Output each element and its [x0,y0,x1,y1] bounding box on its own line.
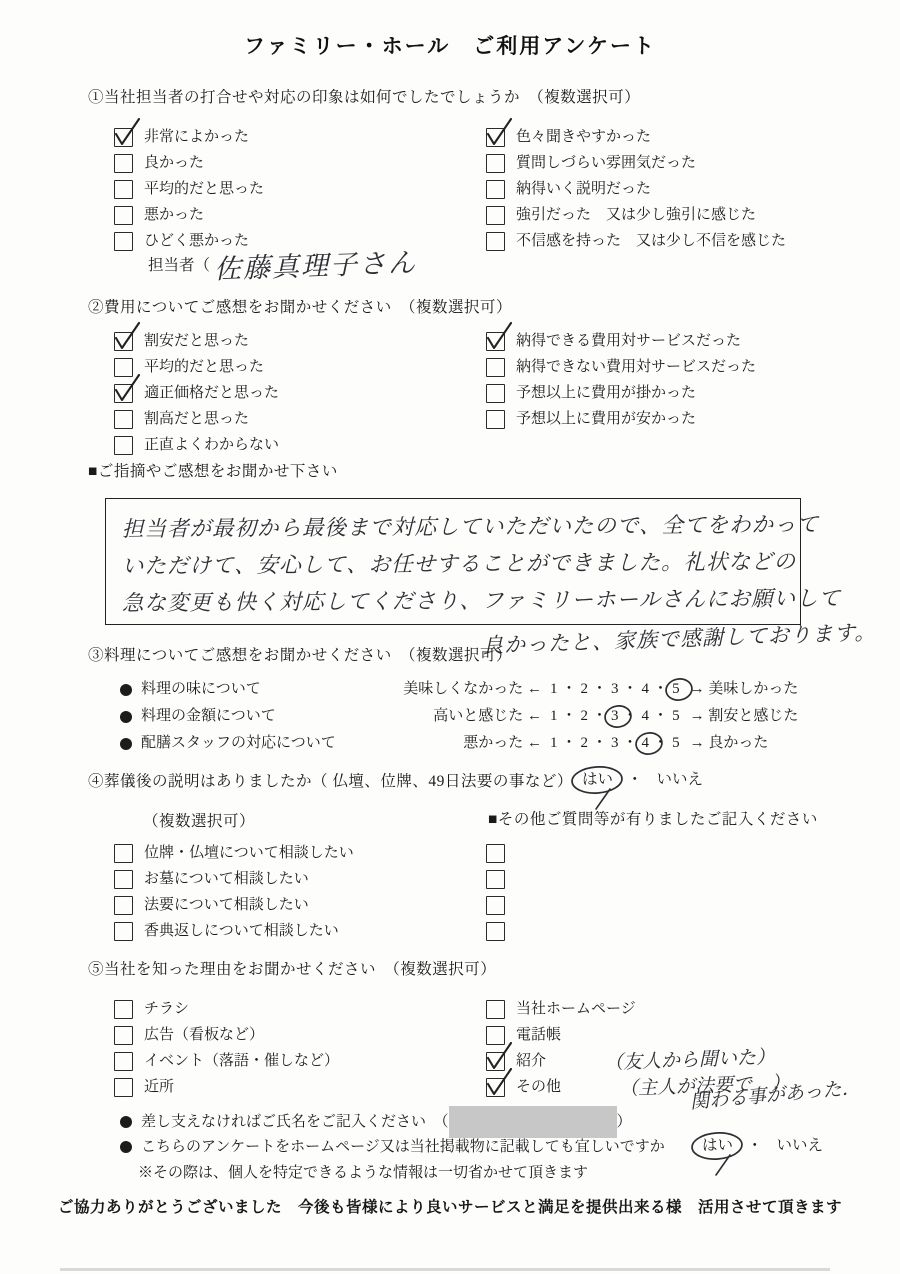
checkbox-option-row: 平均的だと思った [114,176,264,202]
checkbox[interactable] [114,180,133,199]
checkbox[interactable] [114,1052,133,1071]
other-question-checkbox-row [486,918,505,944]
checkbox-option-row: 不信感を持った 又は少し不信を感じた [486,228,786,254]
rating-high-label: → 美味しかった [690,680,799,699]
checkbox-label: 広告（看板など） [144,1026,264,1045]
checkbox[interactable] [114,232,133,251]
checkbox[interactable] [486,180,505,199]
publish-yesno: はい・いいえ [700,1136,825,1156]
publish-line: こちらのアンケートをホームページ又は当社掲載物に記載しても宜しいですか [120,1138,665,1157]
checkbox-label: 適正価格だと思った [144,384,279,403]
checkmark-icon [484,116,514,148]
rating-scale: 1・2・3・4・5 [548,707,682,726]
checkbox-label: 良かった [144,154,204,173]
checkmark-icon [484,1066,514,1098]
bullet-icon [120,711,132,723]
scale-separator: ・ [590,680,609,699]
checkbox[interactable] [114,870,133,889]
name-close-paren: ） [617,1113,632,1132]
rating-high-label: → 良かった [690,734,769,753]
rating-number-1[interactable]: 1 [548,680,560,699]
q1-heading: ①当社担当者の打合せや対応の印象は如何でしたでしょうか （複数選択可） [88,88,640,107]
comment-line: 担当者が最初から最後まで対応していただいたので、全てをわかって [122,507,784,549]
circle-annotation-icon [633,729,665,758]
checkbox[interactable] [486,332,505,351]
bullet-icon [120,684,132,696]
checkbox-label: 不信感を持った 又は少し不信を感じた [516,232,786,251]
scale-separator: ・ [560,707,579,726]
checkbox-option-row: 紹介（友人から聞いた） [486,1048,790,1074]
rating-low-label: 美味しくなかった ← [390,680,542,699]
q3-rating-rows: 料理の味について美味しくなかった ←1・2・3・4・5→ 美味しかった料理の金額… [120,676,798,757]
checkbox[interactable] [114,332,133,351]
checkbox-label: 悪かった [144,206,204,225]
rating-number-4[interactable]: 4 [640,680,652,699]
checkbox[interactable] [114,206,133,225]
checkbox-option-row: 割高だと思った [114,406,279,432]
checkbox-label: 正直よくわからない [144,436,279,455]
checkbox[interactable] [486,922,505,941]
checkbox-label: その他 [516,1078,561,1097]
q4-yesno: はい・いいえ [580,770,705,790]
name-label: 差し支えなければご氏名をご記入ください （ [141,1113,449,1132]
checkbox[interactable] [114,896,133,915]
checkbox-label: 平均的だと思った [144,358,264,377]
yes-option[interactable]: はい [700,1136,735,1155]
handwritten-note: （友人から聞いた） [604,1046,776,1076]
checkbox[interactable] [486,358,505,377]
checkbox-option-row: チラシ [114,996,339,1022]
checkbox[interactable] [486,844,505,863]
bullet-icon [120,1116,132,1128]
checkbox[interactable] [114,1026,133,1045]
scale-separator: ・ [560,734,579,753]
q3-heading: ③料理についてご感想をお聞かせください （複数選択可） [88,646,512,665]
name-line: 差し支えなければご氏名をご記入ください （ ） [120,1106,632,1138]
checkbox-label: 電話帳 [516,1026,561,1045]
checkbox-label: 法要について相談したい [144,896,309,915]
scale-separator: ・ [621,680,640,699]
rating-number-5[interactable]: 5 [670,734,682,753]
rating-row: 配膳スタッフの対応について悪かった ←1・2・3・4・5→ 良かった [120,730,798,757]
checkbox-label: 香典返しについて相談したい [144,922,339,941]
checkbox-option-row: 位牌・仏壇について相談したい [114,840,354,866]
other-question-checkbox-row [486,866,505,892]
rating-scale: 1・2・3・4・5 [548,680,682,699]
checkbox[interactable] [486,410,505,429]
checkbox-label: お墓について相談したい [144,870,309,889]
rating-topic: 料理の味について [141,680,390,699]
checkbox-label: 割高だと思った [144,410,249,429]
form-title: ファミリー・ホール ご利用アンケート [0,34,900,60]
checkbox[interactable] [114,436,133,455]
rating-row: 料理の味について美味しくなかった ←1・2・3・4・5→ 美味しかった [120,676,798,703]
rating-number-2[interactable]: 2 [579,707,591,726]
rating-topic: 配膳スタッフの対応について [141,734,390,753]
rating-high-label: → 割安と感じた [690,707,799,726]
checkbox-option-row: 当社ホームページ [486,996,790,1022]
comment-line: 急な変更も快く対応してくださり、ファミリーホールさんにお願いして [122,581,784,623]
checkbox[interactable] [486,1000,505,1019]
checkbox[interactable] [486,870,505,889]
checkbox-label: 当社ホームページ [516,1000,636,1019]
checkbox[interactable] [486,128,505,147]
q4-heading: ④葬儀後の説明はありましたか（ 仏壇、位牌、49日法要の事など） [88,772,573,791]
q5-left-options: チラシ広告（看板など）イベント（落語・催しなど）近所 [114,996,339,1100]
q4-options: 位牌・仏壇について相談したいお墓について相談したい法要について相談したい香典返し… [114,840,354,944]
circle-annotation-icon [688,1127,754,1179]
checkbox-label: 割安だと思った [144,332,249,351]
checkbox-option-row: お墓について相談したい [114,866,354,892]
q2-right-options: 納得できる費用対サービスだった納得できない費用対サービスだった予想以上に費用が掛… [486,328,756,432]
checkbox[interactable] [486,206,505,225]
checkmark-icon [112,372,142,404]
redacted-name-field[interactable] [449,1106,617,1138]
checkbox[interactable] [486,384,505,403]
checkbox-option-row: 割安だと思った [114,328,279,354]
checkbox-option-row: 広告（看板など） [114,1022,339,1048]
checkbox-option-row: 近所 [114,1074,339,1100]
bullet-icon [120,738,132,750]
staff-label: 担当者（ [148,256,210,275]
checkmark-icon [484,320,514,352]
scan-edge-artifact [60,1268,830,1271]
checkbox-label: チラシ [144,1000,189,1019]
other-question-checkbox-row [486,892,505,918]
comments-heading: ■ご指摘やご感想をお聞かせ下さい [88,462,338,481]
checkbox-label: 非常によかった [144,128,249,147]
checkbox-option-row: 電話帳 [486,1022,790,1048]
checkbox[interactable] [114,384,133,403]
checkbox[interactable] [114,844,133,863]
scale-separator: ・ [590,734,609,753]
checkbox-option-row: 納得いく説明だった [486,176,786,202]
checkbox-label: 質問しづらい雰囲気だった [516,154,696,173]
other-question-checkbox-row [486,840,505,866]
checkbox-option-row: 正直よくわからない [114,432,279,458]
footer-thanks: ご協力ありがとうございました 今後も皆様により良いサービスと満足を提供出来る様 … [0,1198,900,1217]
rating-topic: 料理の金額について [141,707,390,726]
staff-name-handwritten: 佐藤真理子さん [213,246,417,287]
privacy-note: ※その際は、個人を特定できるような情報は一切省かせて頂きます [138,1164,588,1183]
bullet-icon [120,1141,132,1153]
checkbox-label: 位牌・仏壇について相談したい [144,844,354,863]
checkbox[interactable] [486,232,505,251]
checkbox-label: 色々聞きやすかった [516,128,651,147]
checkbox-label: 納得いく説明だった [516,180,651,199]
checkbox-option-row: 法要について相談したい [114,892,354,918]
q1-right-options: 色々聞きやすかった質問しづらい雰囲気だった納得いく説明だった強引だった 又は少し… [486,124,786,254]
rating-number-4[interactable]: 4 [640,734,652,753]
checkbox-option-row: 予想以上に費用が掛かった [486,380,756,406]
comment-overflow-handwritten: 良かったと、家族で感謝しております。 [482,619,877,659]
staff-line: 担当者（ 佐藤真理子さん [148,256,417,284]
rating-scale: 1・2・3・4・5 [548,734,682,753]
survey-form-scan: ファミリー・ホール ご利用アンケート ①当社担当者の打合せや対応の印象は如何でし… [0,0,900,1274]
checkbox[interactable] [486,1078,505,1097]
checkbox-option-row: イベント（落語・催しなど） [114,1048,339,1074]
circle-annotation-icon [602,702,634,731]
rating-low-label: 高いと感じた ← [390,707,542,726]
q4-multi-note: （複数選択可） [143,812,255,831]
rating-row: 料理の金額について高いと感じた ←1・2・3・4・5→ 割安と感じた [120,703,798,730]
checkbox-option-row: 予想以上に費用が安かった [486,406,756,432]
no-option[interactable]: いいえ [655,770,706,789]
q5-heading: ⑤当社を知った理由をお聞かせください （複数選択可） [88,960,496,979]
rating-number-3[interactable]: 3 [609,734,621,753]
q4-other-checkboxes [486,840,505,944]
checkmark-icon [112,320,142,352]
publish-label: こちらのアンケートをホームページ又は当社掲載物に記載しても宜しいですか [141,1138,665,1157]
checkbox[interactable] [114,410,133,429]
checkbox[interactable] [114,922,133,941]
checkbox-option-row: ひどく悪かった [114,228,264,254]
no-option[interactable]: いいえ [775,1136,826,1155]
checkbox[interactable] [114,1078,133,1097]
checkbox[interactable] [114,1000,133,1019]
q2-heading: ②費用についてご感想をお聞かせください （複数選択可） [88,298,512,317]
checkbox-option-row: 強引だった 又は少し強引に感じた [486,202,786,228]
scale-separator: ・ [560,680,579,699]
checkbox-label: 近所 [144,1078,174,1097]
rating-number-1[interactable]: 1 [548,734,560,753]
checkbox-label: ひどく悪かった [144,232,249,251]
checkbox-label: 紹介 [516,1052,546,1071]
rating-number-2[interactable]: 2 [579,680,591,699]
checkbox-option-row: 色々聞きやすかった [486,124,786,150]
checkbox-label: 強引だった 又は少し強引に感じた [516,206,756,225]
checkbox-label: 納得できない費用対サービスだった [516,358,756,377]
rating-number-1[interactable]: 1 [548,707,560,726]
checkbox-label: 予想以上に費用が安かった [516,410,696,429]
q5-right-options: 当社ホームページ電話帳紹介（友人から聞いた）その他（主人が法要で ） [486,996,790,1100]
q4-other-heading: ■その他ご質問等が有りましたご記入ください [488,810,818,829]
rating-number-5[interactable]: 5 [670,707,682,726]
checkbox[interactable] [486,896,505,915]
checkbox-label: 予想以上に費用が掛かった [516,384,696,403]
checkbox[interactable] [114,128,133,147]
checkbox-label: 平均的だと思った [144,180,264,199]
circle-annotation-icon [663,675,695,704]
checkmark-icon [112,116,142,148]
yes-option[interactable]: はい [580,770,615,789]
rating-number-3[interactable]: 3 [609,680,621,699]
q1-left-options: 非常によかった良かった平均的だと思った悪かったひどく悪かった [114,124,264,254]
checkbox-option-row: 良かった [114,150,264,176]
rating-number-2[interactable]: 2 [579,734,591,753]
checkbox-option-row: 適正価格だと思った [114,380,279,406]
checkbox-option-row: 悪かった [114,202,264,228]
checkbox-option-row: 納得できない費用対サービスだった [486,354,756,380]
checkbox-option-row: 香典返しについて相談したい [114,918,354,944]
scale-separator: ・ [651,707,670,726]
comments-box[interactable]: 担当者が最初から最後まで対応していただいたので、全てをわかって いただけて、安心… [105,498,801,625]
q2-left-options: 割安だと思った平均的だと思った適正価格だと思った割高だと思った正直よくわからない [114,328,279,458]
checkbox-label: 納得できる費用対サービスだった [516,332,741,351]
rating-low-label: 悪かった ← [390,734,542,753]
circle-annotation-icon [568,761,634,813]
checkbox-option-row: 非常によかった [114,124,264,150]
checkbox-option-row: 納得できる費用対サービスだった [486,328,756,354]
rating-number-5[interactable]: 5 [670,680,682,699]
checkbox-label: イベント（落語・催しなど） [144,1052,339,1071]
rating-number-3[interactable]: 3 [609,707,621,726]
checkbox[interactable] [486,154,505,173]
rating-number-4[interactable]: 4 [640,707,652,726]
checkbox-option-row: 質問しづらい雰囲気だった [486,150,786,176]
checkbox[interactable] [114,154,133,173]
comment-line: いただけて、安心して、お任せすることができました。礼状などの [122,544,784,586]
